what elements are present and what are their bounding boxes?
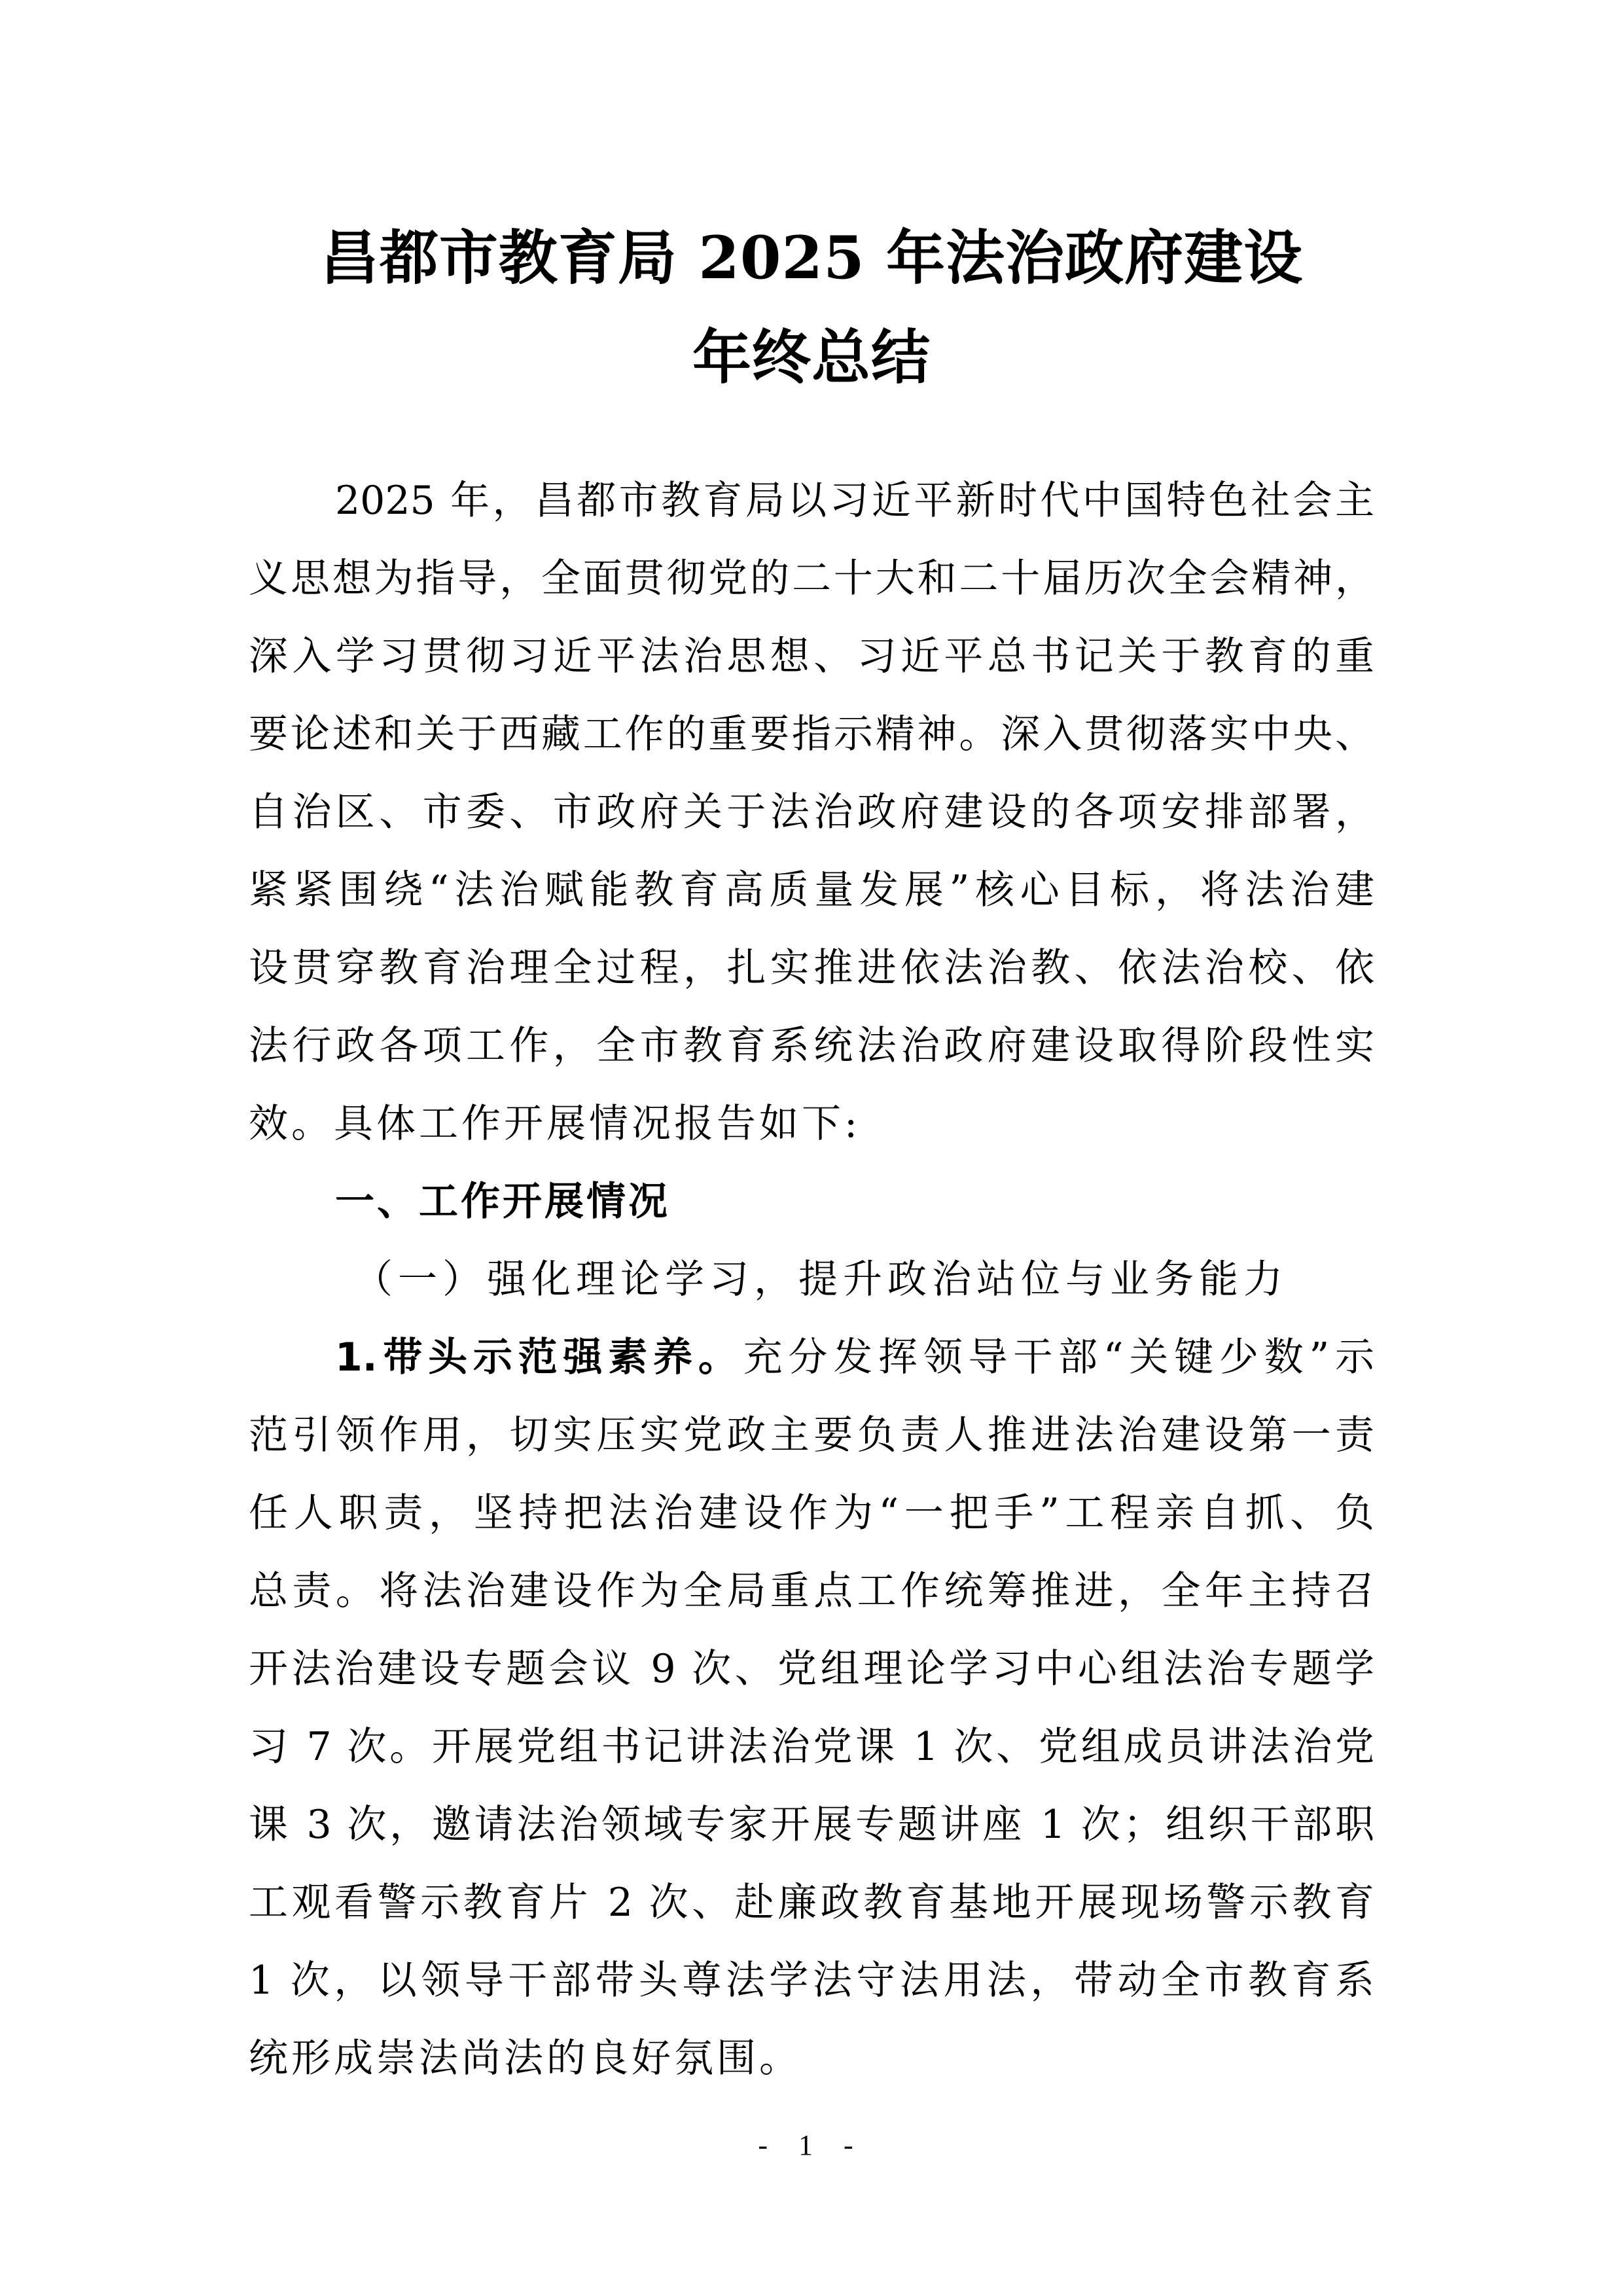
- title-line-1: 昌都市教育局 2025 年法治政府建设: [0, 208, 1623, 308]
- item-lead-title: 1.带头示范强素养。: [335, 1335, 743, 1380]
- paragraph-line: 统形成崇法尚法的良好氛围。: [249, 2020, 1374, 2098]
- paragraph-line: 法行政各项工作，全市教育系统法治政府建设取得阶段性实: [249, 1007, 1374, 1085]
- section-heading: 一、工作开展情况: [249, 1163, 1374, 1241]
- paragraph-line: 要论述和关于西藏工作的重要指示精神。深入贯彻落实中央、: [249, 696, 1374, 774]
- paragraph-line: 深入学习贯彻习近平法治思想、习近平总书记关于教育的重: [249, 618, 1374, 696]
- paragraph-line: 1.带头示范强素养。充分发挥领导干部“关键少数”示: [249, 1319, 1374, 1397]
- paragraph-line: 范引领作用，切实压实党政主要负责人推进法治建设第一责: [249, 1397, 1374, 1475]
- paragraph-line: 自治区、市委、市政府关于法治政府建设的各项安排部署，: [249, 774, 1374, 852]
- document-body: 2025 年，昌都市教育局以习近平新时代中国特色社会主 义思想为指导，全面贯彻党…: [249, 462, 1374, 2098]
- document-page: 昌都市教育局 2025 年法治政府建设 年终总结 2025 年，昌都市教育局以习…: [0, 0, 1623, 2296]
- title-line-2: 年终总结: [0, 308, 1623, 407]
- paragraph-line: 紧紧围绕“法治赋能教育高质量发展”核心目标，将法治建: [249, 852, 1374, 929]
- paragraph-line: 工观看警示教育片 2 次、赴廉政教育基地开展现场警示教育: [249, 1864, 1374, 1942]
- paragraph-line: 义思想为指导，全面贯彻党的二十大和二十届历次全会精神，: [249, 540, 1374, 618]
- paragraph-line: 习 7 次。开展党组书记讲法治党课 1 次、党组成员讲法治党: [249, 1708, 1374, 1786]
- paragraph-line: 效。具体工作开展情况报告如下:: [249, 1085, 1374, 1163]
- page-number: - 1 -: [0, 2126, 1623, 2165]
- document-title: 昌都市教育局 2025 年法治政府建设 年终总结: [0, 208, 1623, 407]
- paragraph-line: 课 3 次，邀请法治领域专家开展专题讲座 1 次；组织干部职: [249, 1786, 1374, 1864]
- item-1-paragraph: 1.带头示范强素养。充分发挥领导干部“关键少数”示 范引领作用，切实压实党政主要…: [249, 1319, 1374, 2098]
- paragraph-line: 总责。将法治建设作为全局重点工作统筹推进，全年主持召: [249, 1552, 1374, 1630]
- paragraph-line: 2025 年，昌都市教育局以习近平新时代中国特色社会主: [249, 462, 1374, 540]
- item-lead-rest: 充分发挥领导干部“关键少数”示: [743, 1335, 1374, 1380]
- subsection-heading: （一）强化理论学习，提升政治站位与业务能力: [249, 1241, 1374, 1319]
- paragraph-line: 任人职责，坚持把法治建设作为“一把手”工程亲自抓、负: [249, 1475, 1374, 1552]
- paragraph-line: 开法治建设专题会议 9 次、党组理论学习中心组法治专题学: [249, 1630, 1374, 1708]
- intro-paragraph: 2025 年，昌都市教育局以习近平新时代中国特色社会主 义思想为指导，全面贯彻党…: [249, 462, 1374, 1163]
- paragraph-line: 1 次，以领导干部带头尊法学法守法用法，带动全市教育系: [249, 1942, 1374, 2020]
- paragraph-line: 设贯穿教育治理全过程，扎实推进依法治教、依法治校、依: [249, 929, 1374, 1007]
